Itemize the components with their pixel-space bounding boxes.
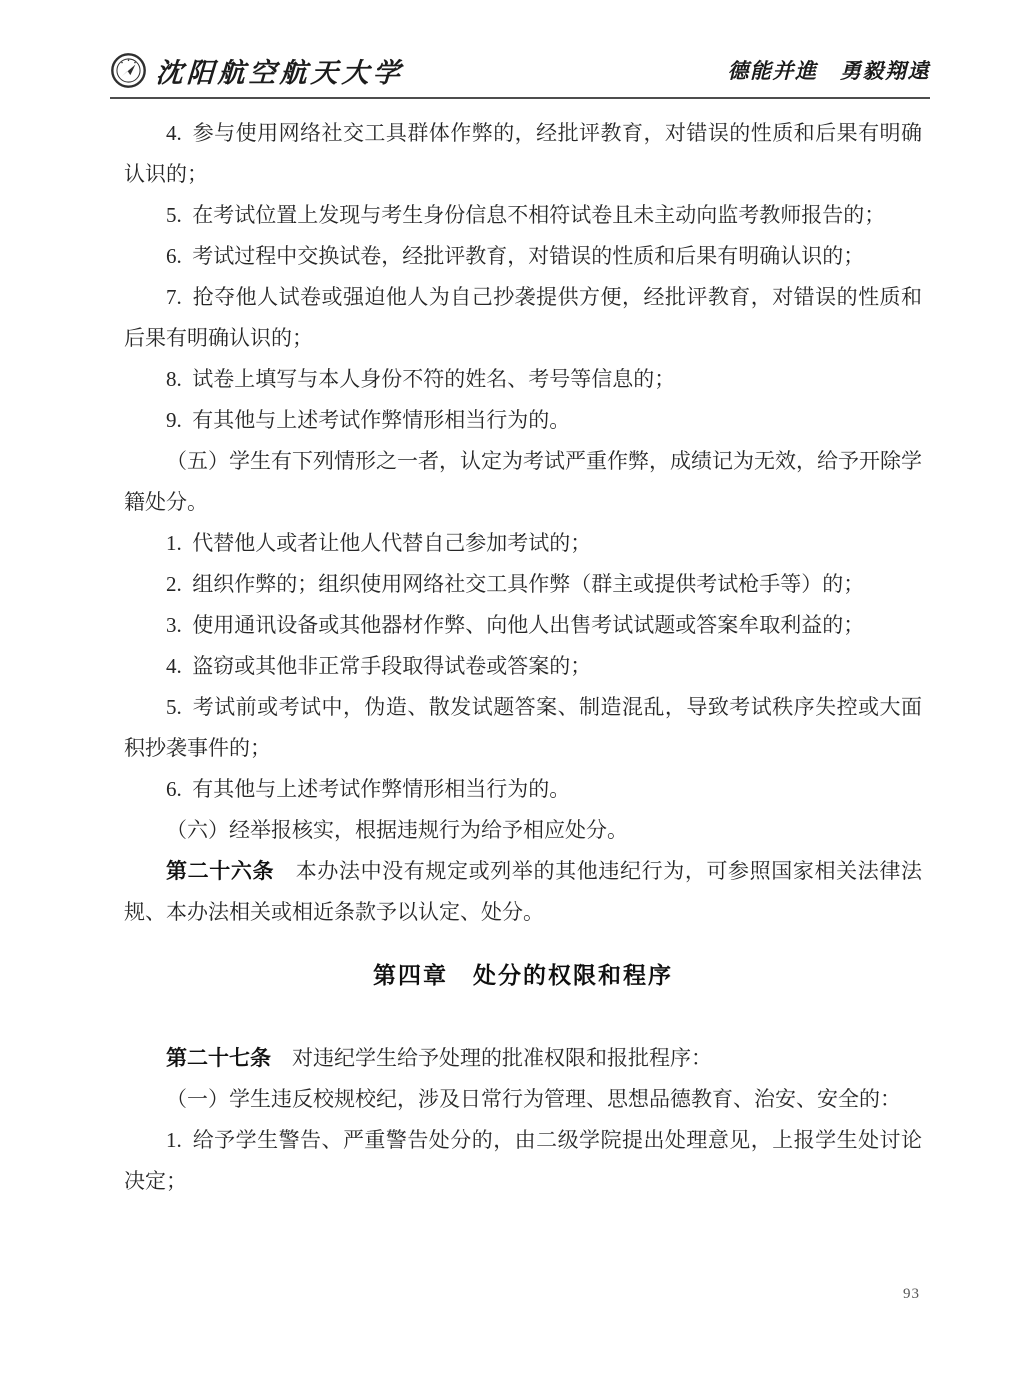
document-page: 沈阳航空航天大学 德能并進 勇毅翔遠 4. 参与使用网络社交工具群体作弊的，经批… — [0, 0, 1024, 1387]
page-header: 沈阳航空航天大学 德能并進 勇毅翔遠 — [110, 46, 930, 94]
list-item: 6. 考试过程中交换试卷，经批评教育，对错误的性质和后果有明确认识的； — [124, 236, 922, 277]
list-item: 7. 抢夺他人试卷或强迫他人为自己抄袭提供方便，经批评教育，对错误的性质和后果有… — [124, 277, 922, 359]
list-item: 3. 使用通讯设备或其他器材作弊、向他人出售考试试题或答案牟取利益的； — [124, 605, 922, 646]
list-item: 8. 试卷上填写与本人身份不符的姓名、考号等信息的； — [124, 359, 922, 400]
article-number: 第二十六条 — [166, 860, 274, 883]
list-item: 2. 组织作弊的；组织使用网络社交工具作弊（群主或提供考试枪手等）的； — [124, 564, 922, 605]
university-seal-icon — [110, 52, 147, 89]
list-item: 1. 代替他人或者让他人代替自己参加考试的； — [124, 523, 922, 564]
article-paragraph: 第二十七条 对违纪学生给予处理的批准权限和报批程序： — [124, 1038, 922, 1079]
list-item: 9. 有其他与上述考试作弊情形相当行为的。 — [124, 400, 922, 441]
clause-paragraph: （一）学生违反校规校纪，涉及日常行为管理、思想品德教育、治安、安全的： — [124, 1079, 922, 1120]
university-motto: 德能并進 勇毅翔遠 — [728, 55, 931, 85]
list-item: 1. 给予学生警告、严重警告处分的，由二级学院提出处理意见，上报学生处讨论决定； — [124, 1120, 922, 1202]
article-paragraph: 第二十六条 本办法中没有规定或列举的其他违纪行为，可参照国家相关法律法规、本办法… — [124, 851, 922, 933]
list-item: 4. 参与使用网络社交工具群体作弊的，经批评教育，对错误的性质和后果有明确认识的… — [124, 113, 922, 195]
university-name: 沈阳航空航天大学 — [155, 51, 405, 90]
university-brand: 沈阳航空航天大学 — [110, 51, 404, 90]
list-item: 6. 有其他与上述考试作弊情形相当行为的。 — [124, 769, 922, 810]
list-item: 5. 在考试位置上发现与考生身份信息不相符试卷且未主动向监考教师报告的； — [124, 195, 922, 236]
chapter-heading: 第四章 处分的权限和程序 — [124, 955, 922, 996]
article-number: 第二十七条 — [166, 1047, 271, 1070]
document-body: 4. 参与使用网络社交工具群体作弊的，经批评教育，对错误的性质和后果有明确认识的… — [124, 113, 922, 1202]
page-number: 93 — [903, 1286, 920, 1303]
article-text: 对违纪学生给予处理的批准权限和报批程序： — [271, 1046, 712, 1070]
clause-paragraph: （五）学生有下列情形之一者，认定为考试严重作弊，成绩记为无效，给予开除学籍处分。 — [124, 441, 922, 523]
list-item: 5. 考试前或考试中，伪造、散发试题答案、制造混乱，导致考试秩序失控或大面积抄袭… — [124, 687, 922, 769]
list-item: 4. 盗窃或其他非正常手段取得试卷或答案的； — [124, 646, 922, 687]
clause-paragraph: （六）经举报核实，根据违规行为给予相应处分。 — [124, 810, 922, 851]
header-divider — [110, 97, 930, 99]
